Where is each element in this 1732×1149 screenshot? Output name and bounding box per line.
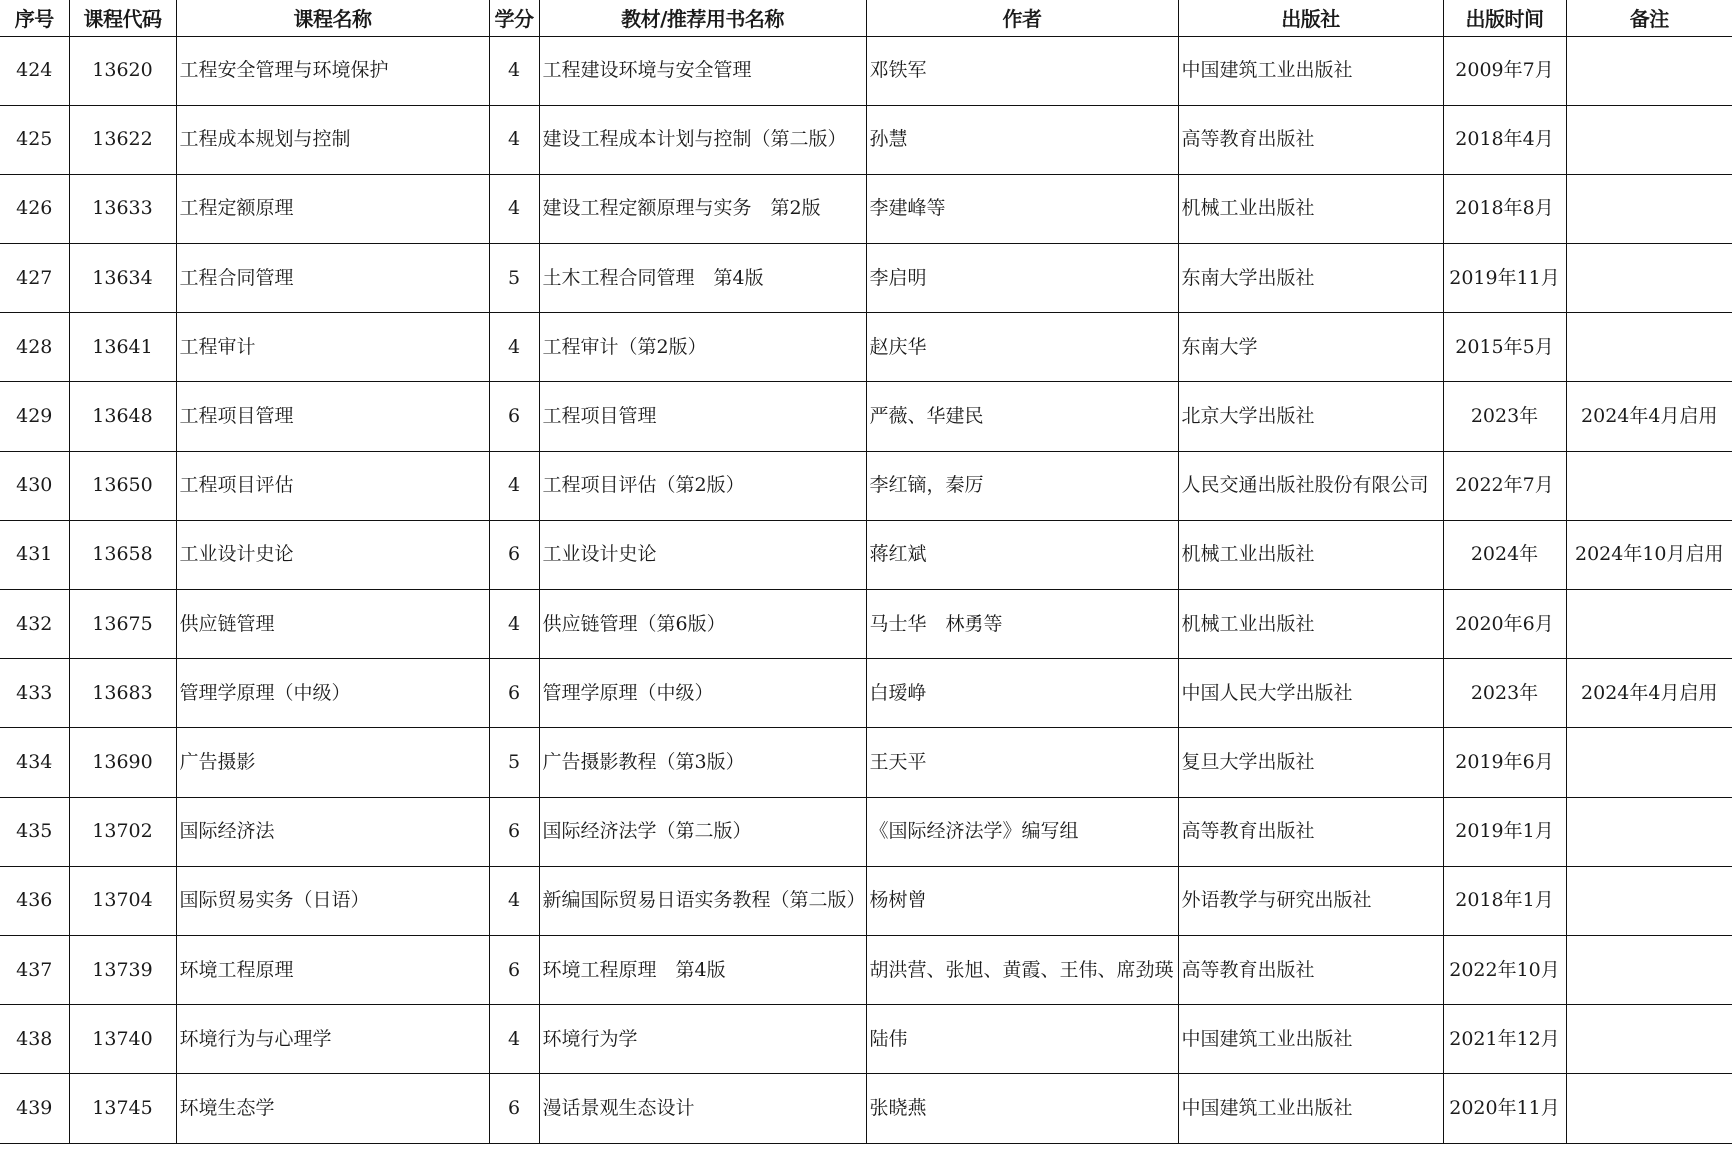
cell-credits: 4 [489, 866, 539, 935]
cell-publish-date: 2009年7月 [1443, 36, 1566, 105]
table-row: 437 13739 环境工程原理 6 环境工程原理 第4版 胡洪营、张旭、黄霞、… [0, 935, 1732, 1004]
cell-publish-date: 2018年8月 [1443, 174, 1566, 243]
cell-textbook: 环境工程原理 第4版 [539, 935, 866, 1004]
cell-publisher: 高等教育出版社 [1178, 935, 1443, 1004]
cell-publish-date: 2018年1月 [1443, 866, 1566, 935]
cell-credits: 5 [489, 244, 539, 313]
cell-course-code: 13658 [69, 520, 176, 589]
cell-course-code: 13648 [69, 382, 176, 451]
table-row: 427 13634 工程合同管理 5 土木工程合同管理 第4版 李启明 东南大学… [0, 244, 1732, 313]
cell-publish-date: 2023年 [1443, 659, 1566, 728]
table-row: 425 13622 工程成本规划与控制 4 建设工程成本计划与控制（第二版） 孙… [0, 105, 1732, 174]
cell-publish-date: 2020年6月 [1443, 590, 1566, 659]
cell-course-name: 管理学原理（中级） [176, 659, 489, 728]
cell-publisher: 北京大学出版社 [1178, 382, 1443, 451]
cell-author: 王天平 [866, 728, 1178, 797]
table-row: 433 13683 管理学原理（中级） 6 管理学原理（中级） 白瑷峥 中国人民… [0, 659, 1732, 728]
cell-author: 李红镝，秦厉 [866, 451, 1178, 520]
cell-course-code: 13702 [69, 797, 176, 866]
cell-credits: 5 [489, 728, 539, 797]
cell-credits: 6 [489, 382, 539, 451]
cell-textbook: 工程审计（第2版） [539, 313, 866, 382]
cell-author: 严薇、华建民 [866, 382, 1178, 451]
cell-publisher: 复旦大学出版社 [1178, 728, 1443, 797]
header-course-name: 课程名称 [176, 0, 489, 36]
cell-publisher: 外语教学与研究出版社 [1178, 866, 1443, 935]
cell-publisher: 中国建筑工业出版社 [1178, 1005, 1443, 1074]
cell-course-code: 13683 [69, 659, 176, 728]
cell-textbook: 国际经济法学（第二版） [539, 797, 866, 866]
cell-serial-no: 432 [0, 590, 69, 659]
cell-credits: 4 [489, 174, 539, 243]
cell-course-code: 13690 [69, 728, 176, 797]
cell-course-name: 国际经济法 [176, 797, 489, 866]
cell-textbook: 供应链管理（第6版） [539, 590, 866, 659]
table-row: 438 13740 环境行为与心理学 4 环境行为学 陆伟 中国建筑工业出版社 … [0, 1005, 1732, 1074]
cell-course-name: 工程定额原理 [176, 174, 489, 243]
cell-credits: 6 [489, 935, 539, 1004]
cell-author: 杨树曾 [866, 866, 1178, 935]
cell-note [1566, 590, 1732, 659]
cell-course-code: 13633 [69, 174, 176, 243]
cell-course-code: 13620 [69, 36, 176, 105]
cell-publisher: 高等教育出版社 [1178, 797, 1443, 866]
table-row: 439 13745 环境生态学 6 漫话景观生态设计 张晓燕 中国建筑工业出版社… [0, 1074, 1732, 1143]
cell-course-code: 13745 [69, 1074, 176, 1143]
cell-course-name: 环境工程原理 [176, 935, 489, 1004]
cell-course-name: 工程合同管理 [176, 244, 489, 313]
cell-serial-no: 427 [0, 244, 69, 313]
cell-note [1566, 36, 1732, 105]
cell-publish-date: 2018年4月 [1443, 105, 1566, 174]
cell-author: 蒋红斌 [866, 520, 1178, 589]
cell-publish-date: 2022年7月 [1443, 451, 1566, 520]
cell-publisher: 中国建筑工业出版社 [1178, 1074, 1443, 1143]
cell-serial-no: 438 [0, 1005, 69, 1074]
table-row: 434 13690 广告摄影 5 广告摄影教程（第3版） 王天平 复旦大学出版社… [0, 728, 1732, 797]
cell-publish-date: 2019年6月 [1443, 728, 1566, 797]
table-row: 429 13648 工程项目管理 6 工程项目管理 严薇、华建民 北京大学出版社… [0, 382, 1732, 451]
cell-textbook: 工程建设环境与安全管理 [539, 36, 866, 105]
cell-course-name: 供应链管理 [176, 590, 489, 659]
cell-author: 孙慧 [866, 105, 1178, 174]
cell-textbook: 漫话景观生态设计 [539, 1074, 866, 1143]
cell-course-code: 13739 [69, 935, 176, 1004]
header-author: 作者 [866, 0, 1178, 36]
header-serial-no: 序号 [0, 0, 69, 36]
cell-note [1566, 174, 1732, 243]
cell-serial-no: 431 [0, 520, 69, 589]
cell-course-name: 国际贸易实务（日语） [176, 866, 489, 935]
table-row: 424 13620 工程安全管理与环境保护 4 工程建设环境与安全管理 邓铁军 … [0, 36, 1732, 105]
cell-publisher: 机械工业出版社 [1178, 174, 1443, 243]
cell-publisher: 高等教育出版社 [1178, 105, 1443, 174]
cell-course-name: 工程审计 [176, 313, 489, 382]
cell-textbook: 工业设计史论 [539, 520, 866, 589]
header-credits: 学分 [489, 0, 539, 36]
cell-textbook: 环境行为学 [539, 1005, 866, 1074]
cell-serial-no: 437 [0, 935, 69, 1004]
cell-publisher: 机械工业出版社 [1178, 590, 1443, 659]
cell-note [1566, 1005, 1732, 1074]
cell-note [1566, 728, 1732, 797]
cell-serial-no: 436 [0, 866, 69, 935]
cell-author: 张晓燕 [866, 1074, 1178, 1143]
cell-serial-no: 439 [0, 1074, 69, 1143]
cell-course-code: 13641 [69, 313, 176, 382]
cell-course-name: 工业设计史论 [176, 520, 489, 589]
header-publisher: 出版社 [1178, 0, 1443, 36]
cell-course-name: 工程成本规划与控制 [176, 105, 489, 174]
cell-course-name: 广告摄影 [176, 728, 489, 797]
cell-course-name: 工程项目管理 [176, 382, 489, 451]
cell-textbook: 新编国际贸易日语实务教程（第二版） [539, 866, 866, 935]
cell-publish-date: 2019年1月 [1443, 797, 1566, 866]
cell-serial-no: 430 [0, 451, 69, 520]
cell-note [1566, 866, 1732, 935]
cell-credits: 6 [489, 520, 539, 589]
cell-serial-no: 435 [0, 797, 69, 866]
cell-credits: 6 [489, 659, 539, 728]
cell-note [1566, 935, 1732, 1004]
cell-course-code: 13634 [69, 244, 176, 313]
cell-course-code: 13622 [69, 105, 176, 174]
cell-note [1566, 1074, 1732, 1143]
cell-note [1566, 797, 1732, 866]
cell-credits: 4 [489, 451, 539, 520]
cell-author: 李建峰等 [866, 174, 1178, 243]
cell-author: 马士华 林勇等 [866, 590, 1178, 659]
cell-author: 邓铁军 [866, 36, 1178, 105]
cell-note [1566, 451, 1732, 520]
cell-course-code: 13675 [69, 590, 176, 659]
cell-textbook: 土木工程合同管理 第4版 [539, 244, 866, 313]
header-note: 备注 [1566, 0, 1732, 36]
header-row: 序号 课程代码 课程名称 学分 教材/推荐用书名称 作者 出版社 出版时间 备注 [0, 0, 1732, 36]
cell-course-name: 工程项目评估 [176, 451, 489, 520]
cell-course-name: 环境生态学 [176, 1074, 489, 1143]
table-row: 430 13650 工程项目评估 4 工程项目评估（第2版） 李红镝，秦厉 人民… [0, 451, 1732, 520]
cell-serial-no: 429 [0, 382, 69, 451]
cell-publish-date: 2022年10月 [1443, 935, 1566, 1004]
header-textbook: 教材/推荐用书名称 [539, 0, 866, 36]
cell-course-name: 环境行为与心理学 [176, 1005, 489, 1074]
cell-note [1566, 105, 1732, 174]
cell-publish-date: 2015年5月 [1443, 313, 1566, 382]
cell-publish-date: 2020年11月 [1443, 1074, 1566, 1143]
cell-publisher: 中国建筑工业出版社 [1178, 36, 1443, 105]
cell-publisher: 东南大学出版社 [1178, 244, 1443, 313]
cell-note: 2024年4月启用 [1566, 382, 1732, 451]
cell-textbook: 管理学原理（中级） [539, 659, 866, 728]
cell-serial-no: 433 [0, 659, 69, 728]
cell-note: 2024年4月启用 [1566, 659, 1732, 728]
table-row: 431 13658 工业设计史论 6 工业设计史论 蒋红斌 机械工业出版社 20… [0, 520, 1732, 589]
cell-author: 陆伟 [866, 1005, 1178, 1074]
cell-credits: 6 [489, 1074, 539, 1143]
cell-credits: 4 [489, 36, 539, 105]
cell-publish-date: 2023年 [1443, 382, 1566, 451]
cell-credits: 4 [489, 105, 539, 174]
cell-note: 2024年10月启用 [1566, 520, 1732, 589]
table-row: 426 13633 工程定额原理 4 建设工程定额原理与实务 第2版 李建峰等 … [0, 174, 1732, 243]
cell-note [1566, 313, 1732, 382]
cell-author: 赵庆华 [866, 313, 1178, 382]
cell-publisher: 人民交通出版社股份有限公司 [1178, 451, 1443, 520]
cell-serial-no: 434 [0, 728, 69, 797]
cell-textbook: 建设工程定额原理与实务 第2版 [539, 174, 866, 243]
cell-textbook: 建设工程成本计划与控制（第二版） [539, 105, 866, 174]
cell-publish-date: 2024年 [1443, 520, 1566, 589]
table-row: 436 13704 国际贸易实务（日语） 4 新编国际贸易日语实务教程（第二版）… [0, 866, 1732, 935]
cell-textbook: 工程项目评估（第2版） [539, 451, 866, 520]
cell-author: 李启明 [866, 244, 1178, 313]
header-course-code: 课程代码 [69, 0, 176, 36]
textbook-table: 序号 课程代码 课程名称 学分 教材/推荐用书名称 作者 出版社 出版时间 备注… [0, 0, 1732, 1144]
cell-credits: 4 [489, 313, 539, 382]
table-row: 432 13675 供应链管理 4 供应链管理（第6版） 马士华 林勇等 机械工… [0, 590, 1732, 659]
header-publish-date: 出版时间 [1443, 0, 1566, 36]
table-row: 428 13641 工程审计 4 工程审计（第2版） 赵庆华 东南大学 2015… [0, 313, 1732, 382]
cell-publish-date: 2021年12月 [1443, 1005, 1566, 1074]
cell-serial-no: 428 [0, 313, 69, 382]
cell-publisher: 机械工业出版社 [1178, 520, 1443, 589]
cell-textbook: 广告摄影教程（第3版） [539, 728, 866, 797]
cell-publisher: 中国人民大学出版社 [1178, 659, 1443, 728]
cell-serial-no: 424 [0, 36, 69, 105]
cell-credits: 4 [489, 1005, 539, 1074]
cell-course-code: 13740 [69, 1005, 176, 1074]
cell-author: 白瑷峥 [866, 659, 1178, 728]
cell-author: 《国际经济法学》编写组 [866, 797, 1178, 866]
cell-course-code: 13650 [69, 451, 176, 520]
cell-note [1566, 244, 1732, 313]
cell-publisher: 东南大学 [1178, 313, 1443, 382]
cell-publish-date: 2019年11月 [1443, 244, 1566, 313]
cell-credits: 4 [489, 590, 539, 659]
table-row: 435 13702 国际经济法 6 国际经济法学（第二版） 《国际经济法学》编写… [0, 797, 1732, 866]
cell-textbook: 工程项目管理 [539, 382, 866, 451]
cell-credits: 6 [489, 797, 539, 866]
cell-serial-no: 426 [0, 174, 69, 243]
cell-author: 胡洪营、张旭、黄霞、王伟、席劲瑛 [866, 935, 1178, 1004]
cell-course-name: 工程安全管理与环境保护 [176, 36, 489, 105]
cell-course-code: 13704 [69, 866, 176, 935]
cell-serial-no: 425 [0, 105, 69, 174]
